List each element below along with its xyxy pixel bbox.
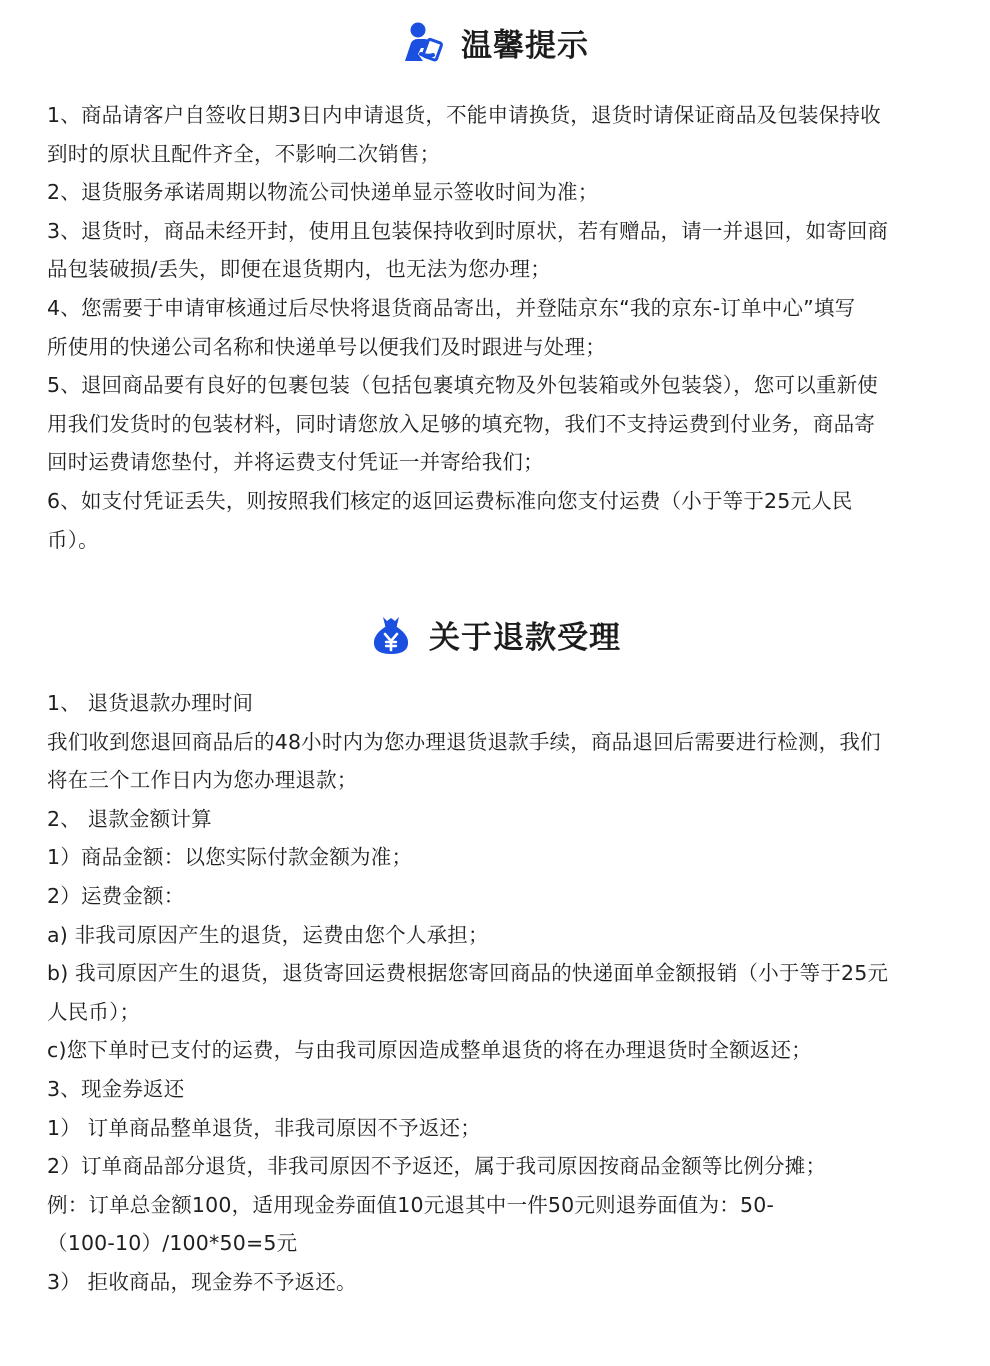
money-bag-yuan-icon (369, 613, 413, 657)
text-line: 2、 退款金额计算 (47, 800, 947, 839)
text-line: 将在三个工作日内为您办理退款； (47, 761, 947, 800)
text-line: 1）商品金额：以您实际付款金额为准； (47, 838, 947, 877)
section-title: 温馨提示 (461, 20, 589, 65)
text-line: 人民币）； (47, 993, 947, 1032)
text-line: （100-10）/100*50=5元 (47, 1224, 947, 1263)
text-line: 5、退回商品要有良好的包裹包装（包括包裹填充物及外包装箱或外包装袋），您可以重新… (47, 366, 947, 405)
text-line: 2）运费金额： (47, 877, 947, 916)
text-line: 到时的原状且配件齐全，不影响二次销售； (47, 135, 947, 174)
tips-content: 1、商品请客户自签收日期3日内申请退货，不能申请换货，退货时请保证商品及包装保持… (47, 96, 947, 559)
refund-section-header: 关于退款受理 (0, 612, 990, 657)
section-title: 关于退款受理 (429, 612, 621, 657)
text-line: 3） 拒收商品，现金券不予返还。 (47, 1263, 947, 1302)
tips-section-header: 温馨提示 (0, 20, 990, 65)
text-line: 所使用的快递公司名称和快递单号以便我们及时跟进与处理； (47, 328, 947, 367)
text-line: 1） 订单商品整单退货，非我司原因不予返还； (47, 1109, 947, 1148)
person-with-tablet-icon (401, 21, 445, 65)
text-line: 1、商品请客户自签收日期3日内申请退货，不能申请换货，退货时请保证商品及包装保持… (47, 96, 947, 135)
refund-content: 1、 退货退款办理时间 我们收到您退回商品后的48小时内为您办理退货退款手续，商… (47, 684, 947, 1302)
text-line: 币）。 (47, 521, 947, 560)
text-line: c)您下单时已支付的运费，与由我司原因造成整单退货的将在办理退货时全额返还； (47, 1031, 947, 1070)
text-line: 品包装破损/丢失，即便在退货期内，也无法为您办理； (47, 250, 947, 289)
text-line: 3、退货时，商品未经开封，使用且包装保持收到时原状，若有赠品，请一并退回，如寄回… (47, 212, 947, 251)
text-line: 1、 退货退款办理时间 (47, 684, 947, 723)
text-line: 用我们发货时的包装材料，同时请您放入足够的填充物，我们不支持运费到付业务，商品寄 (47, 405, 947, 444)
text-line: 2、退货服务承诺周期以物流公司快递单显示签收时间为准； (47, 173, 947, 212)
text-line: b) 我司原因产生的退货，退货寄回运费根据您寄回商品的快递面单金额报销（小于等于… (47, 954, 947, 993)
text-line: 2）订单商品部分退货，非我司原因不予返还，属于我司原因按商品金额等比例分摊； (47, 1147, 947, 1186)
text-line: 回时运费请您垫付，并将运费支付凭证一并寄给我们； (47, 443, 947, 482)
text-line: 我们收到您退回商品后的48小时内为您办理退货退款手续，商品退回后需要进行检测，我… (47, 723, 947, 762)
text-line: 3、现金券返还 (47, 1070, 947, 1109)
text-line: a) 非我司原因产生的退货，运费由您个人承担； (47, 916, 947, 955)
text-line: 6、如支付凭证丢失，则按照我们核定的返回运费标准向您支付运费（小于等于25元人民 (47, 482, 947, 521)
text-line: 4、您需要于申请审核通过后尽快将退货商品寄出，并登陆京东“我的京东-订单中心”填… (47, 289, 947, 328)
text-line: 例：订单总金额100，适用现金券面值10元退其中一件50元则退券面值为：50- (47, 1186, 947, 1225)
